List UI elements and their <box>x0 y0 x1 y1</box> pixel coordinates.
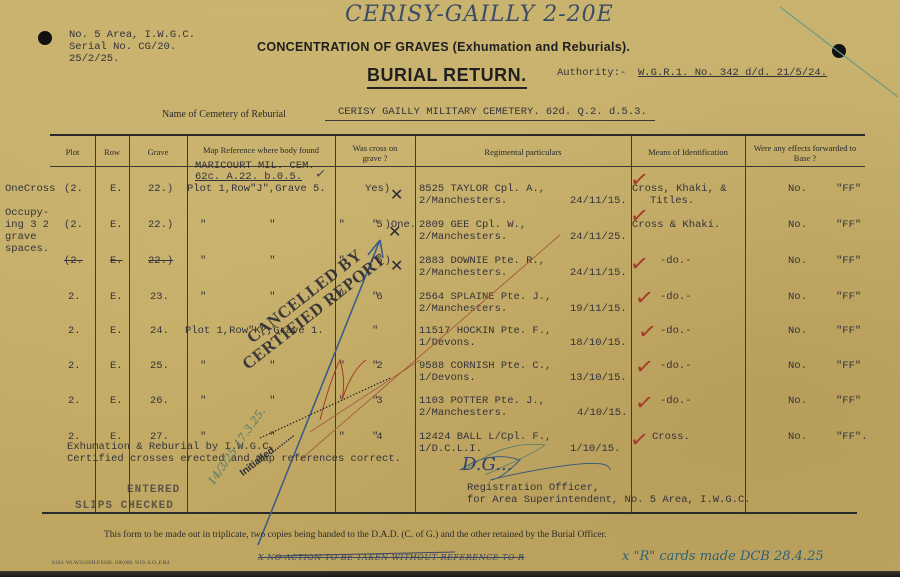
officer-signature: D.G... <box>462 454 512 475</box>
officer-title-line-1: Registration Officer, <box>467 482 599 494</box>
officer-title-line-2: for Area Superintendent, No. 5 Area, I.W… <box>467 494 751 506</box>
form-instruction: This form to be made out in triplicate, … <box>104 530 607 540</box>
struck-note: X No action to be taken without referenc… <box>258 553 525 562</box>
cards-made-note: x "R" cards made DCB 28.4.25 <box>622 549 824 564</box>
scan-bottom-edge <box>0 571 900 577</box>
entered-stamp: ENTERED <box>127 484 180 496</box>
print-code: 8164. Wt.W3158/H.P.6346. 100,000. 9/19. … <box>52 560 169 566</box>
slips-checked-stamp: SLIPS CHECKED <box>75 500 174 512</box>
